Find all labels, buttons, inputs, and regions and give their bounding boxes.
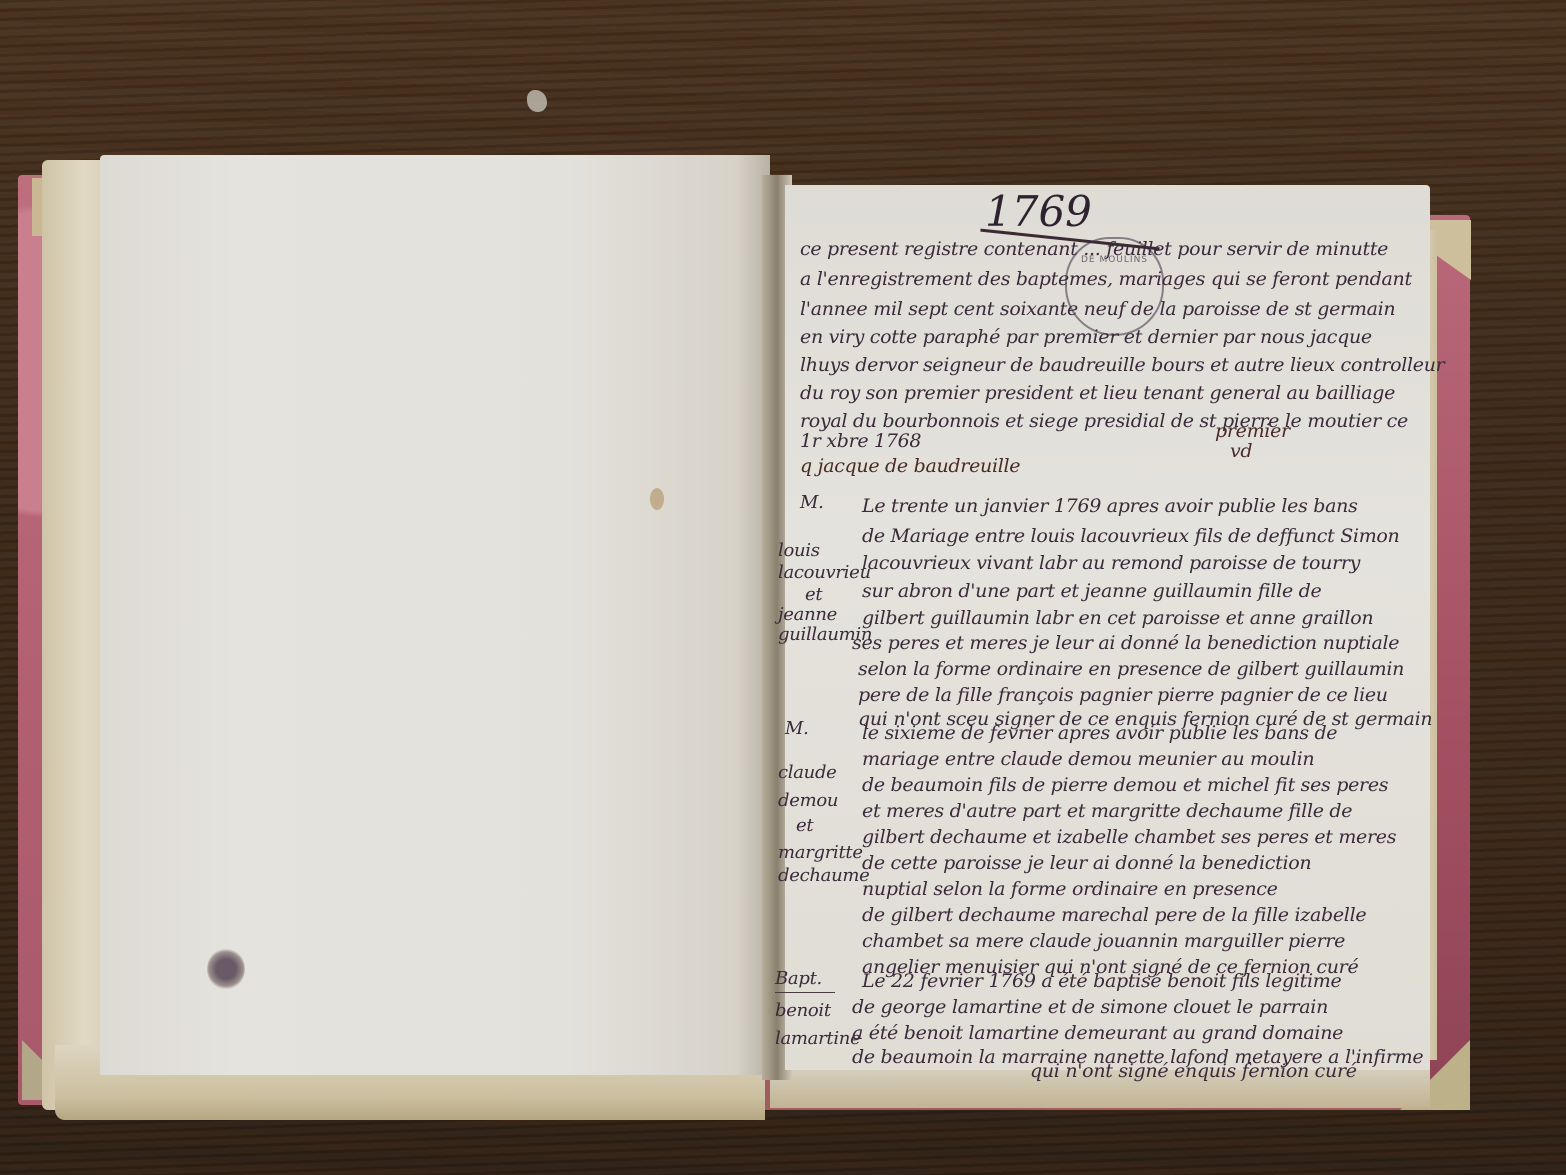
margin-note: M. bbox=[785, 718, 809, 739]
margin-note: claude bbox=[778, 762, 837, 783]
side-signature: vd bbox=[1230, 440, 1252, 462]
header-line: du roy son premier president et lieu ten… bbox=[800, 382, 1395, 404]
ink-blot bbox=[207, 948, 245, 990]
entry-line: mariage entre claude demou meunier au mo… bbox=[862, 748, 1314, 770]
entry-line: pere de la fille françois pagnier pierre… bbox=[858, 684, 1388, 706]
header-line: royal du bourbonnois et siege presidial … bbox=[800, 410, 1408, 432]
entry-line: ses peres et meres je leur ai donné la b… bbox=[852, 632, 1399, 654]
margin-rule bbox=[775, 992, 835, 993]
margin-note: demou bbox=[778, 790, 838, 811]
margin-note: Bapt. bbox=[775, 968, 822, 989]
margin-note: jeanne bbox=[778, 604, 837, 625]
desk-speck bbox=[527, 90, 547, 112]
entry-line: le sixieme de fevrier apres avoir publie… bbox=[862, 722, 1337, 744]
header-date: 1r xbre 1768 bbox=[800, 430, 921, 452]
margin-note: et bbox=[805, 584, 822, 605]
entry-line: nuptial selon la forme ordinaire en pres… bbox=[862, 878, 1278, 900]
entry-line: de gilbert dechaume marechal pere de la … bbox=[862, 904, 1366, 926]
margin-note: M. bbox=[800, 492, 824, 513]
entry-line: selon la forme ordinaire en presence de … bbox=[858, 658, 1404, 680]
entry-line: lacouvrieux vivant labr au remond parois… bbox=[862, 552, 1360, 574]
margin-note: lacouvrieu bbox=[778, 562, 871, 583]
header-line: en viry cotte paraphé par premier et der… bbox=[800, 326, 1372, 348]
margin-note: et bbox=[796, 815, 813, 836]
entry-line: gilbert dechaume et izabelle chambet ses… bbox=[862, 826, 1396, 848]
entry-line: de george lamartine et de simone clouet … bbox=[852, 996, 1328, 1018]
header-line: l'annee mil sept cent soixante neuf de l… bbox=[800, 298, 1395, 320]
header-line: ce present registre contenant ... feuill… bbox=[800, 238, 1388, 260]
entry-line: a été benoit lamartine demeurant au gran… bbox=[852, 1022, 1343, 1044]
header-line: a l'enregistrement des baptemes, mariage… bbox=[800, 268, 1412, 290]
left-page-blank bbox=[100, 155, 770, 1075]
header-line: lhuys dervor seigneur de baudreuille bou… bbox=[800, 354, 1444, 376]
entry-line: Le trente un janvier 1769 apres avoir pu… bbox=[862, 495, 1358, 517]
margin-note: louis bbox=[778, 540, 820, 561]
entry-line: de beaumoin fils de pierre demou et mich… bbox=[862, 774, 1388, 796]
entry-signature-line: qui n'ont signé enquis fernion curé bbox=[1030, 1060, 1357, 1082]
entry-line: de Mariage entre louis lacouvrieux fils … bbox=[862, 525, 1399, 547]
entry-line: gilbert guillaumin labr en cet paroisse … bbox=[862, 607, 1373, 629]
entry-line: sur abron d'une part et jeanne guillaumi… bbox=[862, 580, 1321, 602]
stain bbox=[650, 488, 664, 510]
entry-line: et meres d'autre part et margritte decha… bbox=[862, 800, 1352, 822]
register-year: 1769 bbox=[985, 187, 1092, 236]
side-signature: premier bbox=[1215, 420, 1290, 442]
entry-line: de cette paroisse je leur ai donné la be… bbox=[862, 852, 1311, 874]
header-signature: q jacque de baudreuille bbox=[800, 455, 1020, 477]
margin-note: lamartine bbox=[775, 1028, 860, 1049]
entry-line: chambet sa mere claude jouannin marguill… bbox=[862, 930, 1345, 952]
margin-note: benoit bbox=[775, 1000, 831, 1021]
entry-line: Le 22 fevrier 1769 a été baptisé benoit … bbox=[862, 970, 1341, 992]
margin-note: dechaume bbox=[778, 865, 870, 886]
margin-note: margritte bbox=[778, 842, 863, 863]
